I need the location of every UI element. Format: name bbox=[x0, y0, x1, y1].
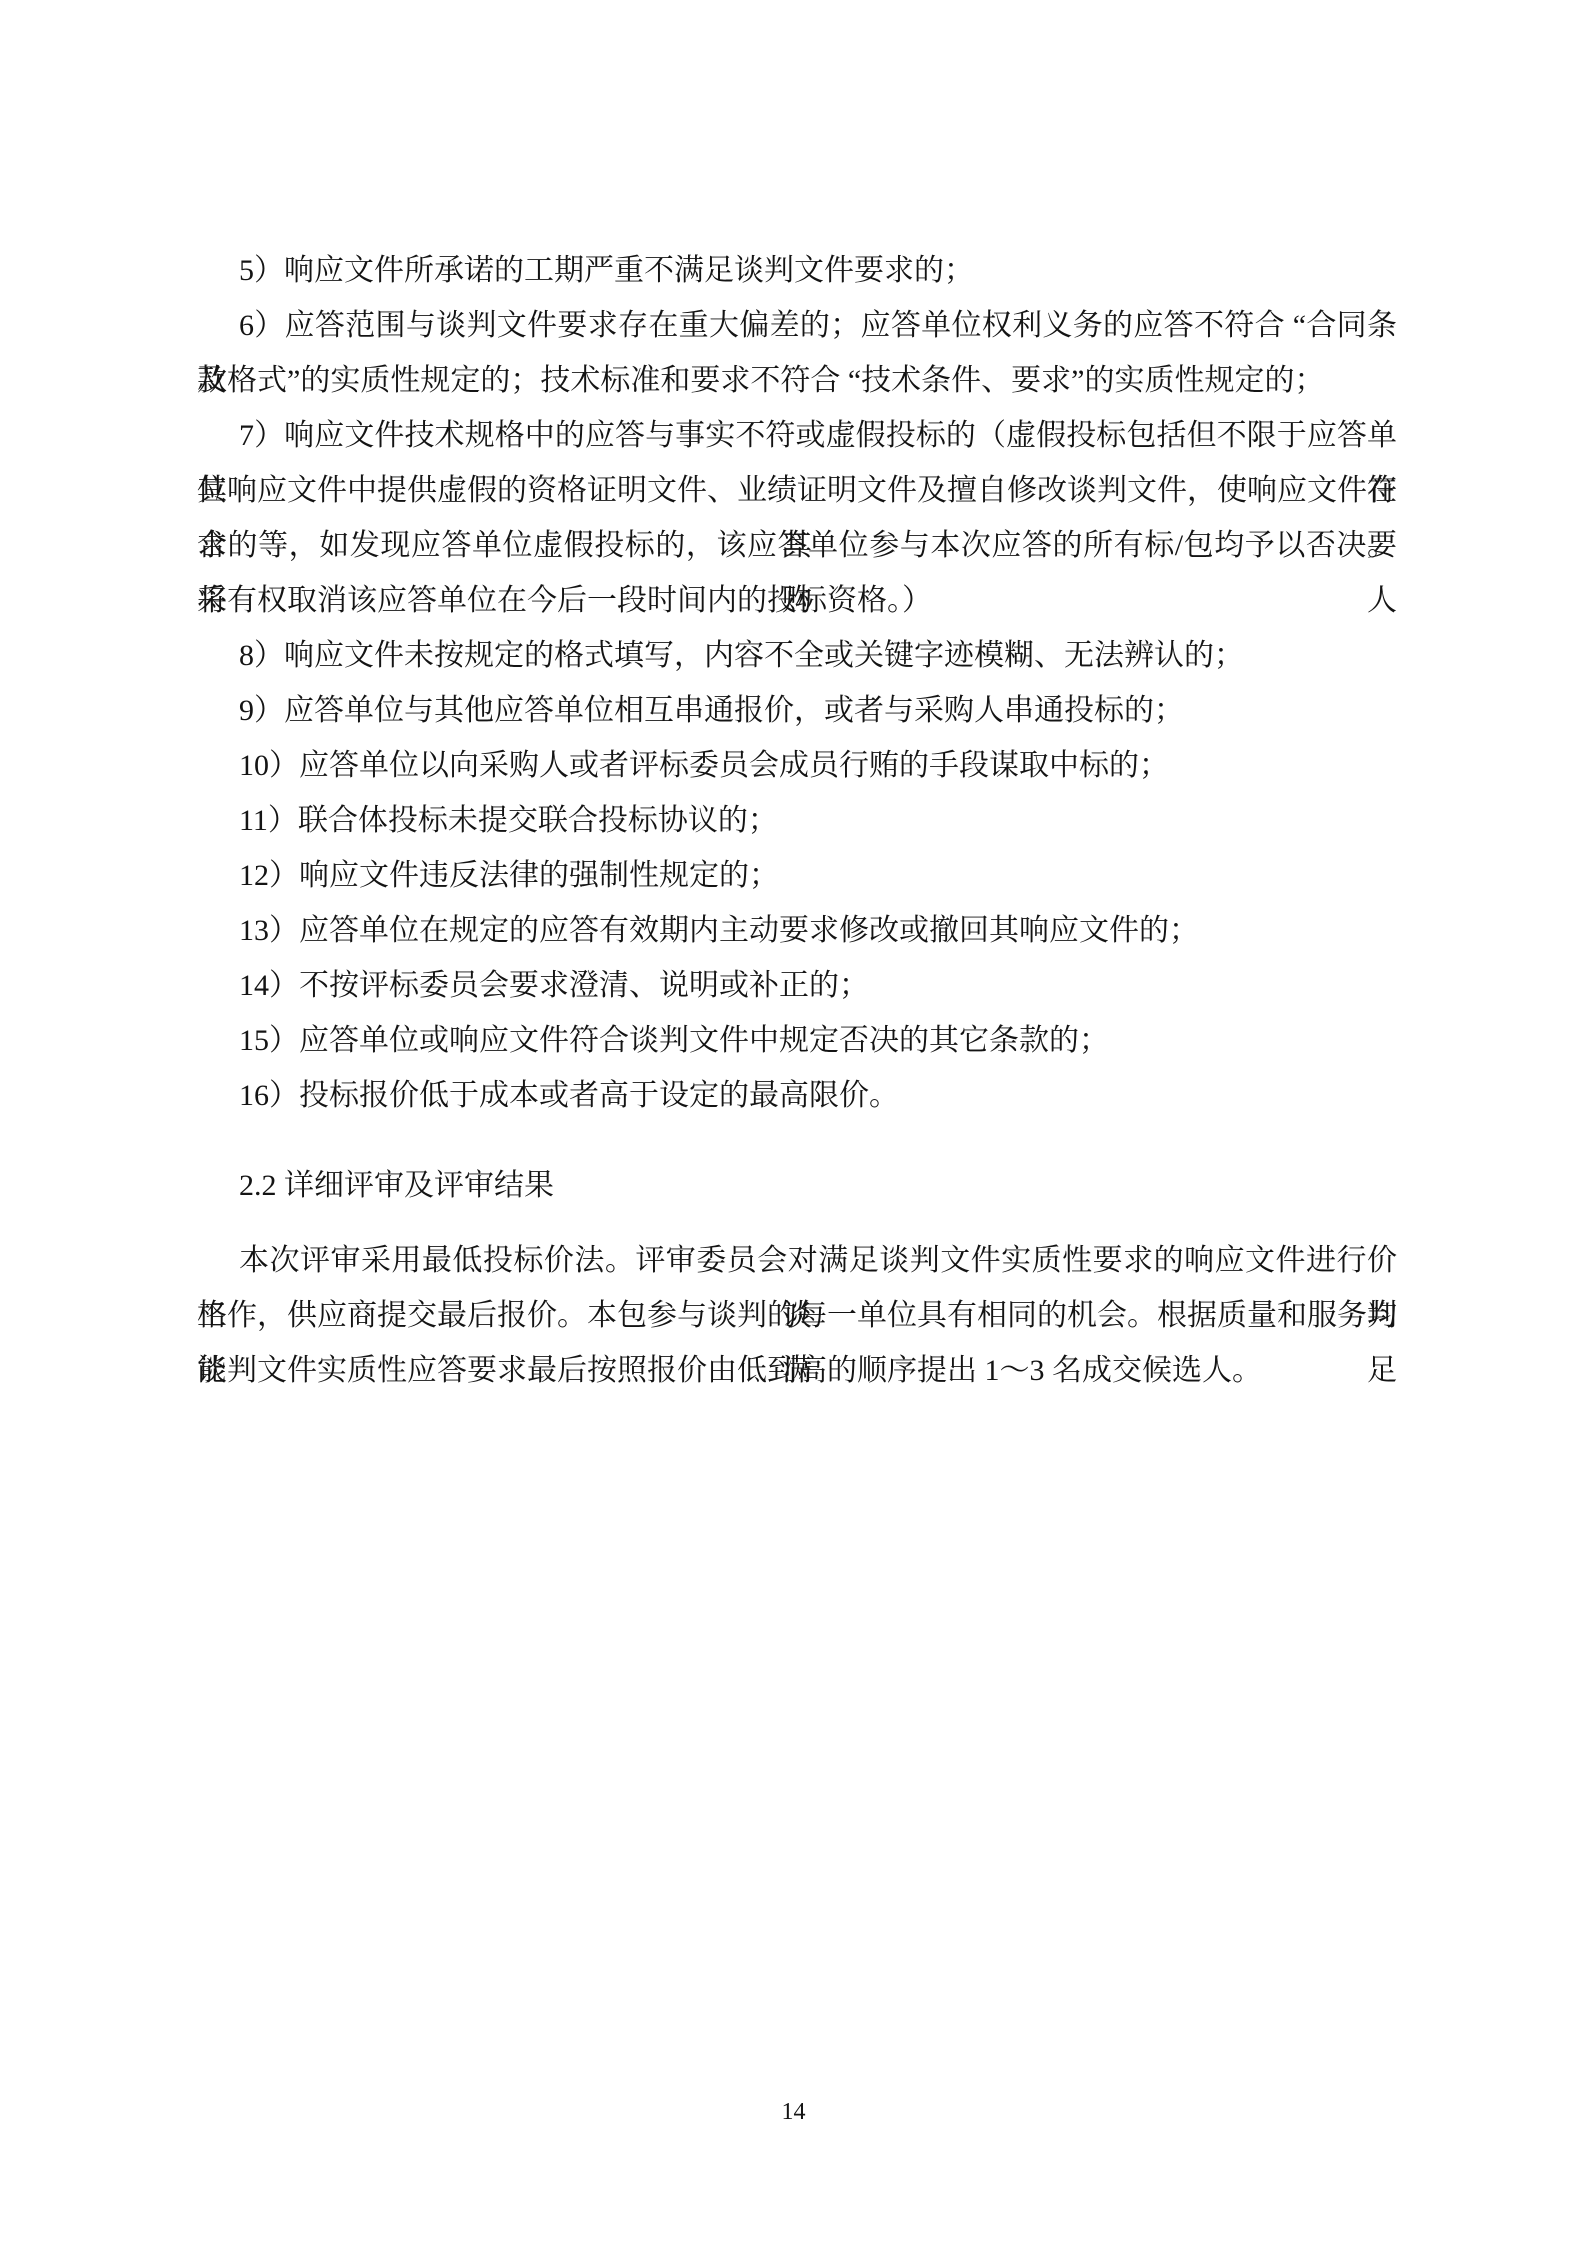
clause-6-line-1: 6）应答范围与谈判文件要求存在重大偏差的；应答单位权利义务的应答不符合 “合同条… bbox=[197, 298, 1397, 353]
evaluation-paragraph-line-1: 本次评审采用最低投标价法。评审委员会对满足谈判文件实质性要求的响应文件进行价格谈… bbox=[197, 1233, 1397, 1288]
clause-15-line: 15）应答单位或响应文件符合谈判文件中规定否决的其它条款的； bbox=[197, 1013, 1397, 1068]
clause-6-line-2: 及格式”的实质性规定的；技术标准和要求不符合 “技术条件、要求”的实质性规定的； bbox=[197, 353, 1397, 408]
clause-16-line: 16）投标报价低于成本或者高于设定的最高限价。 bbox=[197, 1068, 1397, 1123]
clause-8-line: 8）响应文件未按规定的格式填写，内容不全或关键字迹模糊、无法辨认的； bbox=[197, 628, 1397, 683]
document-body: 5）响应文件所承诺的工期严重不满足谈判文件要求的； 6）应答范围与谈判文件要求存… bbox=[197, 243, 1397, 1398]
clause-9-line: 9）应答单位与其他应答单位相互串通报价，或者与采购人串通投标的； bbox=[197, 683, 1397, 738]
evaluation-paragraph-line-3: 谈判文件实质性应答要求最后按照报价由低到高的顺序提出 1～3 名成交候选人。 bbox=[197, 1343, 1397, 1398]
clause-7-line-3: 求的等，如发现应答单位虚假投标的，该应答单位参与本次应答的所有标/包均予以否决。… bbox=[197, 518, 1397, 573]
evaluation-paragraph-line-2: 工作，供应商提交最后报价。本包参与谈判的每一单位具有相同的机会。根据质量和服务均… bbox=[197, 1288, 1397, 1343]
clause-7-line-2: 其响应文件中提供虚假的资格证明文件、业绩证明文件及擅自修改谈判文件，使响应文件符… bbox=[197, 463, 1397, 518]
clause-11-line: 11）联合体投标未提交联合投标协议的； bbox=[197, 793, 1397, 848]
clause-7-line-1: 7）响应文件技术规格中的应答与事实不符或虚假投标的（虚假投标包括但不限于应答单位… bbox=[197, 408, 1397, 463]
page-number: 14 bbox=[782, 2099, 806, 2125]
clause-14-line: 14）不按评标委员会要求澄清、说明或补正的； bbox=[197, 958, 1397, 1013]
section-heading: 2.2 详细评审及评审结果 bbox=[197, 1158, 1397, 1213]
clause-13-line: 13）应答单位在规定的应答有效期内主动要求修改或撤回其响应文件的； bbox=[197, 903, 1397, 958]
clause-5-line: 5）响应文件所承诺的工期严重不满足谈判文件要求的； bbox=[197, 243, 1397, 298]
document-page: 5）响应文件所承诺的工期严重不满足谈判文件要求的； 6）应答范围与谈判文件要求存… bbox=[0, 0, 1587, 2245]
clause-10-line: 10）应答单位以向采购人或者评标委员会成员行贿的手段谋取中标的； bbox=[197, 738, 1397, 793]
page-footer: 14 bbox=[0, 2096, 1587, 2128]
clause-12-line: 12）响应文件违反法律的强制性规定的； bbox=[197, 848, 1397, 903]
